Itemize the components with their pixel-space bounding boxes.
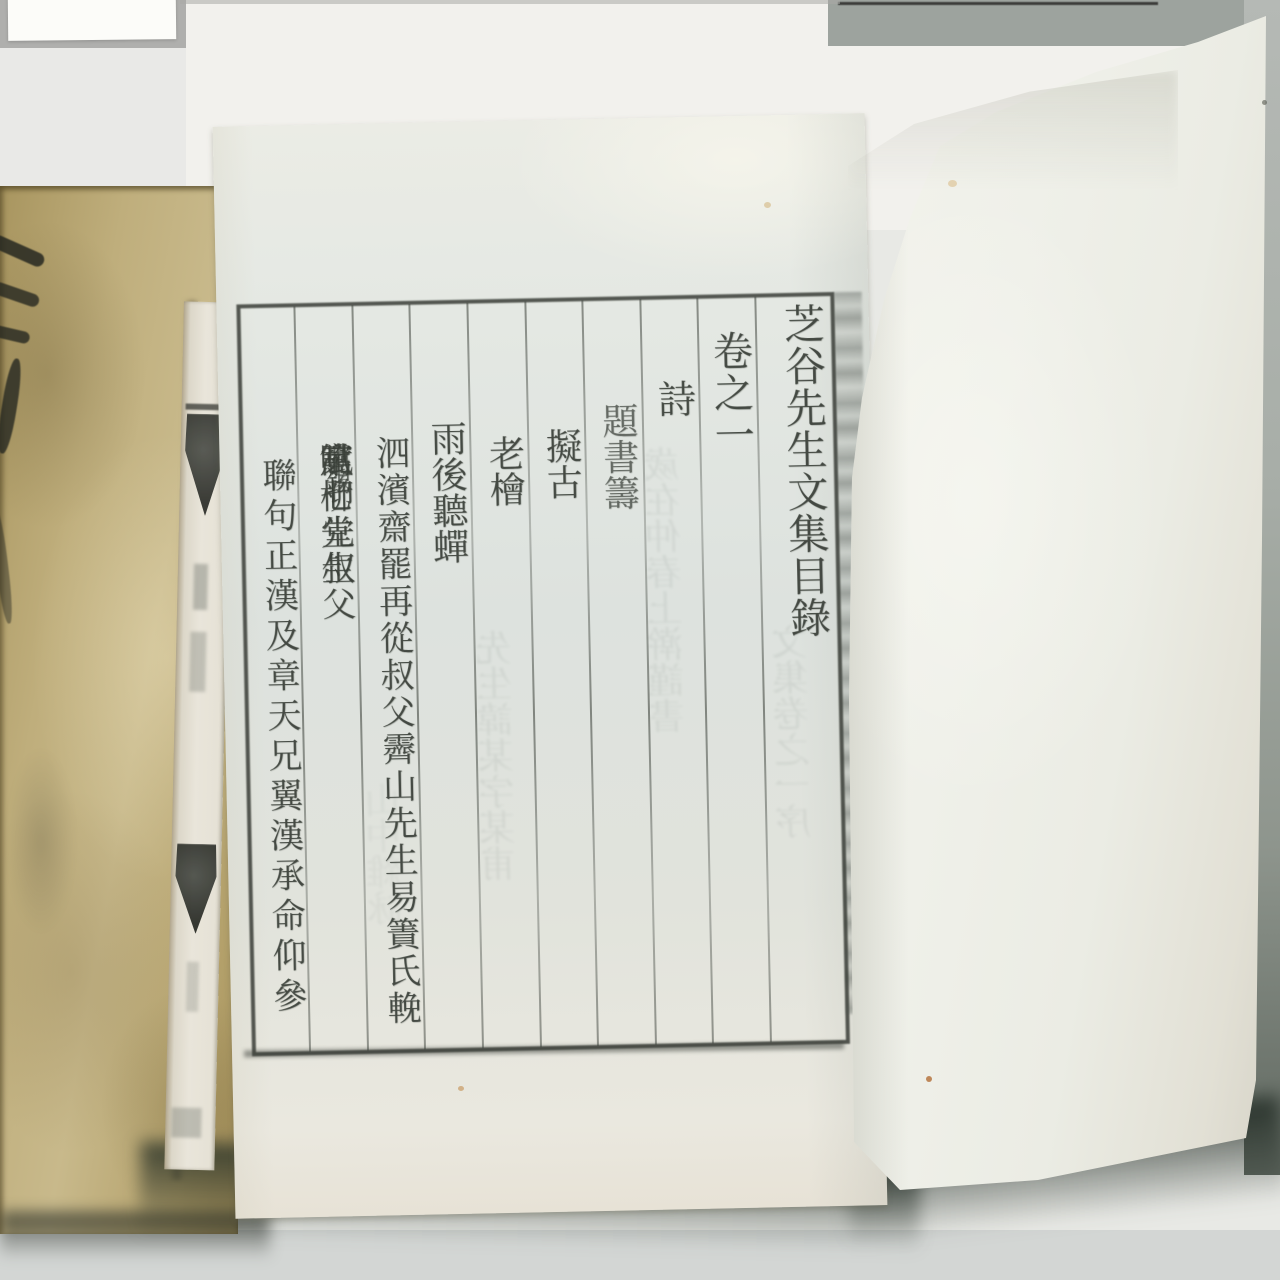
fishtail-mark-icon xyxy=(174,843,218,934)
toc-entry: 題書籌 xyxy=(587,402,637,511)
background-top-line xyxy=(180,0,840,4)
cover-calligraphy-stroke xyxy=(0,506,15,625)
cover-stain xyxy=(6,746,76,936)
foxing-spot xyxy=(926,1076,932,1082)
fold-smudge xyxy=(186,962,199,1012)
toc-title: 芝谷先生文集目錄 xyxy=(764,302,827,639)
cover-calligraphy-stroke xyxy=(0,233,46,269)
section-label-poems: 詩 xyxy=(644,379,693,418)
fold-smudge xyxy=(171,1107,202,1138)
cover-calligraphy-stroke xyxy=(0,281,41,309)
cover-calligraphy-stroke xyxy=(0,357,24,454)
foxing-spot xyxy=(458,1086,464,1091)
dust-speck xyxy=(1262,100,1267,105)
toc-entry: 擬古 xyxy=(530,427,579,500)
fold-smudge xyxy=(193,564,208,610)
cover-calligraphy-stroke xyxy=(0,323,31,344)
fold-smudge xyxy=(189,632,206,692)
printed-text-block: 文集卷之一序 歲在仲春上澣謹書 先生諱某字某甫 山中雜詠 芝谷先生文集目錄 卷之… xyxy=(236,292,850,1056)
white-card xyxy=(8,0,176,41)
toc-entry-segment: 賦 xyxy=(315,442,350,479)
foxing-spot xyxy=(764,202,771,208)
foxing-spot xyxy=(948,180,957,187)
background-left-surface xyxy=(0,48,186,196)
toc-entry: 雨後聽蟬 xyxy=(415,420,466,565)
table-edge-line xyxy=(838,2,1158,5)
photo-open-woodblock-book: 文集卷之一序 歲在仲春上澣謹書 先生諱某字某甫 山中雜詠 芝谷先生文集目錄 卷之… xyxy=(0,0,1280,1280)
toc-page: 文集卷之一序 歲在仲春上澣謹書 先生諱某字某甫 山中雜詠 芝谷先生文集目錄 卷之… xyxy=(213,113,888,1218)
volume-label: 卷之一 xyxy=(699,330,752,457)
toc-entry: 老檜 xyxy=(473,435,522,508)
